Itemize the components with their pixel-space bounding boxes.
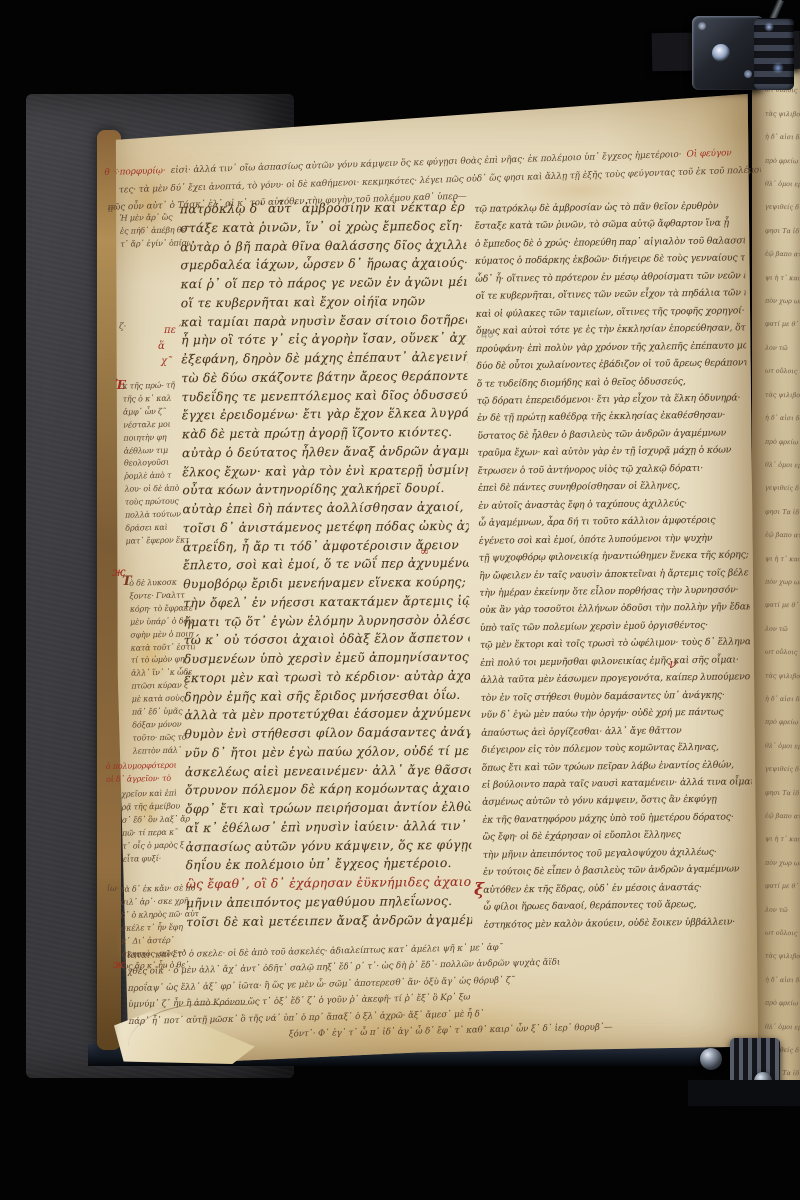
quire-mark-red-3: χ῀ bbox=[161, 356, 172, 367]
margin-note-line: σφὴν μὲν ὁ ποιητ bbox=[130, 628, 194, 642]
red-marginal-heading: ὁ πολυμορφότεροιοἱ δ᾽ ἀγρεῖον· τὸ bbox=[106, 759, 207, 787]
margin-catchword-note: Ἡ μὲν ἄρ᾽ ὣςἐς πήδ᾽ ἀπέβη θε῀τ᾽ ἄρ᾽ ἐγίν… bbox=[120, 211, 191, 251]
facing-page-text-fragment: γεψιθείς δ bbox=[752, 477, 800, 502]
facing-page-text-fragment: φησι Τα ἰδ bbox=[752, 500, 800, 525]
facing-page-text-fragment: ωτ οὔλοις bbox=[752, 921, 800, 946]
top-clamp bbox=[652, 10, 800, 96]
verse-line: ἔγχει ἐρειδομένω· ἔτι γὰρ ἔχον ἕλκεα λυγ… bbox=[182, 404, 468, 425]
paraphrase-line: νῦν δ᾽ ἐγὼ μὲν παύω τὴν ὀργήν· οὐδὲ χρή … bbox=[481, 703, 751, 724]
facing-page-text-fragment: τὰς ψιλιβο bbox=[752, 383, 800, 408]
facing-page-text-fragment: λον τῶ bbox=[752, 336, 800, 361]
verse-line: στάξε κατὰ ῥινῶν, ἵν᾽ οἱ χρὼς ἔμπεδος εἴ… bbox=[180, 217, 466, 238]
blue-reflection bbox=[764, 22, 774, 32]
blue-reflection bbox=[772, 62, 784, 74]
facing-page-text-fragment: ἑῷ βαπο ατ bbox=[752, 804, 800, 829]
margin-note-line: πτῶσι κύραν ξ bbox=[131, 680, 195, 694]
margin-note-line: κόρη· τὸ ἔφρακε bbox=[130, 602, 194, 616]
verse-line: ὄτρυνον πόλεμον δὲ κάρη κομόωντας ἀχαιού… bbox=[185, 779, 471, 800]
facing-page-text-fragment: λον τῶ bbox=[752, 898, 800, 923]
margin-note-line: εἶτα φυξί· bbox=[123, 852, 193, 866]
verse-line: καί ῥ᾽ οἵ περ τὸ πάρος γε νεῶν ἐν ἀγῶνι … bbox=[180, 273, 466, 294]
verse-line: δηρὸν ἐμῆς καὶ σῆς ἔριδος μνήσεσθαι ὀΐω. bbox=[184, 685, 470, 706]
margin-note-line: λεπτὸν πάλ᾽ bbox=[133, 744, 197, 758]
verse-column: πατρόκλῳ δ᾽ αὖτ᾽ ἀμβροσίην καὶ νέκταρ ἐρ… bbox=[180, 198, 472, 932]
red-heading-line: οἱ δ᾽ ἀγρεῖον· τὸ bbox=[106, 772, 206, 787]
verse-line: δηΐου ἐκ πολέμοιο ὑπ᾽ ἔγχεος ἡμετέροιο. bbox=[186, 854, 472, 875]
verse-line: θυμοβόρῳ ἔριδι μενεήναμεν εἵνεκα κούρης; bbox=[183, 573, 469, 594]
bottom-scholia-red-mark: ж bbox=[113, 958, 126, 971]
screw-head bbox=[698, 22, 706, 30]
margin-note-line: δ᾽ ὁ κληρὸς πῶ· αὐτ bbox=[121, 908, 199, 923]
facing-page-text-fragment: θλ᾽ ὁμοι ερ bbox=[752, 734, 800, 759]
margin-note-line: τ᾽ οἷς ὁ μαρὸς ξ bbox=[122, 839, 192, 853]
marginal-scholion-b: ὸ δὲ λυκοσκξοντε· Γναλττκόρη· τὸ ἔφρακεμ… bbox=[129, 576, 197, 758]
verse-line: ἕκτορι μὲν καὶ τρωσὶ τὸ κέρδιον· αὐτὰρ ἀ… bbox=[184, 666, 470, 687]
verse-line: τὴν ὄφελ᾽ ἐν νήεσσι κατακτάμεν ἄρτεμις ἰ… bbox=[183, 592, 469, 613]
verse-line: ἀλλὰ τὰ μὲν προτετύχθαι ἐάσομεν ἀχνύμενο… bbox=[184, 704, 470, 725]
verse-line: ἦ μὴν οἳ τότε γ᾽ εἰς ἀγορὴν ἴσαν, οὕνεκ᾽… bbox=[181, 329, 467, 350]
bottom-scholia-block: ἴσται· καὶ ἔτ᾽ ὁ σκελε· οἱ δὲ ἀπὸ τοῦ ἀσ… bbox=[127, 934, 761, 1046]
facing-page-text-fragment: φησι Τα ἰδ bbox=[752, 781, 800, 806]
screw-head bbox=[744, 70, 752, 78]
paraphrase-line: οὐκ ἂν γὰρ τοσοῦτοι ἑλλήνων ὀδοῦσι τὴν π… bbox=[479, 599, 749, 620]
verse-line: οἵ τε κυβερνῆται καὶ ἔχον οἰήϊα νηῶν bbox=[181, 292, 467, 313]
facing-page-text-fragment: θλ᾽ ὁμοι ερ bbox=[752, 453, 800, 478]
facing-page-text-fragment: ἡ δ᾽ αἰσι δαλ bbox=[752, 687, 800, 712]
marginal-scholion-c: χρεῖον καὶ ἐπὶρᾷ τῆς ἀμείβουσ᾽ ἔδ᾽ ὃν λα… bbox=[121, 787, 193, 866]
verse-line: τοῖσι δ᾽ ἀνιστάμενος μετέφη πόδας ὠκὺς ἀ… bbox=[183, 517, 469, 538]
facing-page-text-fragment: πρὸ φρείω bbox=[752, 430, 800, 455]
verse-line: τὼ δὲ δύω σκάζοντε βάτην ἄρεος θεράποντε… bbox=[181, 367, 467, 388]
margin-note-line: λου· οἱ δὲ ἀπὸ bbox=[124, 483, 188, 497]
paraphrase-column: τῷ πατρόκλῳ δὲ ἀμβροσίαν ὡς τὸ πᾶν θεῖον… bbox=[474, 197, 754, 934]
verse-line: ἕλκος ἔχων· καὶ γὰρ τὸν ἐνὶ κρατερῇ ὑσμί… bbox=[182, 460, 468, 481]
paraphrase-line: ἑστηκότος μὲν καλὸν ἀκούειν, οὐδὲ ἔοικεν… bbox=[484, 913, 754, 934]
paraphrase-line: τραῦμα ἔχων· καὶ αὐτὸν γὰρ ἐν τῇ ἰσχυρᾷ … bbox=[477, 442, 747, 463]
quire-mark-red-2: ἅ bbox=[158, 341, 165, 352]
verse-line: πατρόκλῳ δ᾽ αὖτ᾽ ἀμβροσίην καὶ νέκταρ ἐρ… bbox=[180, 198, 466, 219]
marginal-scholion-a: κ τῆς πρώ- τῆτῆς ὁ κ᾽ καλἀμφ᾽ ὧν ζ῀νέστα… bbox=[122, 379, 189, 548]
quire-mark-brown: ζ· bbox=[119, 322, 126, 332]
facing-page-text-fragment: ἑῷ βαπο ατ bbox=[752, 243, 800, 268]
margin-note-line: ματ᾽ ἔφερον ἕκτ bbox=[125, 534, 189, 548]
facing-page-text-fragment: ἑῷ βαπο ατ bbox=[752, 524, 800, 549]
facing-page-text-fragment: πρὸ φρείω bbox=[752, 711, 800, 736]
verse-line: αὐτὰρ ὁ βῆ παρὰ θῖνα θαλάσσης δῖος ἀχιλλ… bbox=[180, 235, 466, 256]
verse-line: καὶ ταμίαι παρὰ νηυσὶν ἔσαν σίτοιο δοτῆρ… bbox=[181, 310, 467, 331]
verse-line: σμερδαλέα ἰάχων, ὦρσεν δ᾽ ἥρωας ἀχαιούς· bbox=[180, 254, 466, 275]
margin-note-line: πολλὰ τούτων bbox=[125, 508, 189, 522]
facing-page-text-fragment: γεψιθείς δ bbox=[752, 758, 800, 783]
manuscript-photo: λον τῶωτ οὔλοιςτὰς ψιλιβοἡ δ᾽ αἰσι δαλπρ… bbox=[0, 0, 800, 1200]
facing-page-text-fragment: ωτ οὔλοις bbox=[752, 641, 800, 666]
verse-line: ἤματι τῷ ὅτ᾽ ἐγὼν ἑλόμην λυρνησσὸν ὀλέσσ… bbox=[183, 610, 469, 631]
paraphrase-line: ἐν τούτοις δὲ εἶπεν ὁ βασιλεὺς τῶν ἀνδρῶ… bbox=[483, 860, 753, 881]
clamp-base bbox=[688, 1080, 800, 1106]
verse-line: τυδεΐδης τε μενεπτόλεμος καὶ δῖος ὀδυσσε… bbox=[181, 385, 467, 406]
facing-page-text-fragment: ωτ οὔλοις bbox=[752, 360, 800, 385]
facing-page-text-fragment: πὸν χωρ ων bbox=[752, 851, 800, 876]
facing-page-text-fragment: ψι ἡ τ᾽ καιρ bbox=[752, 547, 800, 572]
facing-page-text-fragment: φατί με θ᾽ bbox=[752, 594, 800, 619]
paragraphos-swash-mark: ∞ bbox=[420, 545, 429, 558]
scholion-d-lead: ϊω· bbox=[107, 884, 119, 893]
verse-line: τοῖσι δὲ καὶ μετέειπεν ἄναξ ἀνδρῶν ἀγαμέ… bbox=[186, 910, 472, 931]
verse-line: ὄφρ᾽ ἔτι καὶ τρώων πειρήσομαι ἀντίον ἐλθ… bbox=[185, 798, 471, 819]
clamp-ratchet bbox=[754, 18, 794, 90]
facing-page-text-fragment: γεψιθείς δ bbox=[752, 196, 800, 221]
clamp-knob bbox=[700, 1048, 722, 1070]
margin-note-line: μὲν ὑπάρ᾽ ὁ δόμα bbox=[130, 615, 194, 629]
verse-line: ἀσπασίως αὐτῶν γόνυ κάμψειν, ὅς κε φύγῃσ… bbox=[185, 835, 471, 856]
verse-line: ἐξεφάνη, δηρὸν δὲ μάχης ἐπέπαυτ᾽ ἀλεγειν… bbox=[181, 348, 467, 369]
margin-note-line: σ᾽ ἔδ᾽ ὃν λαξ᾽ ἄρ᾽ bbox=[122, 813, 192, 827]
margin-note-line: κατὰ τοῦτ᾽ ἐστιν bbox=[130, 641, 194, 655]
facing-page-text-fragment: πὸν χωρ ων bbox=[752, 570, 800, 595]
paraphrase-line: δύο δὲ οὗτοι χωλαίνοντες ἐβάδιζον οἱ τοῦ… bbox=[476, 354, 746, 375]
facing-page-text-fragment: ψι ἡ τ᾽ καιρ bbox=[752, 828, 800, 853]
facing-page-text-fragment: φατί με θ᾽ bbox=[752, 875, 800, 900]
verse-line: οὖτα κόων ἀντηνορίδης χαλκήρεϊ δουρί. bbox=[182, 479, 468, 500]
red-koppa-mark: ξ bbox=[474, 880, 484, 900]
bottom-clamp bbox=[688, 1036, 800, 1108]
facing-page-text-fragment: ἡ δ᾽ αἰσι δαλ bbox=[752, 406, 800, 431]
facing-page-text-fragment: τὰς ψιλιβο bbox=[752, 102, 800, 127]
verse-line: αὐτὰρ ἐπεὶ δὴ πάντες ἀολλίσθησαν ἀχαιοί, bbox=[182, 498, 468, 519]
verse-line: ὣς ἔφαθ᾽, οἳ δ᾽ ἐχάρησαν ἐϋκνήμιδες ἀχαι… bbox=[186, 873, 472, 894]
facing-page-edge: λον τῶωτ οὔλοιςτὰς ψιλιβοἡ δ᾽ αἰσι δαλπρ… bbox=[752, 56, 800, 1094]
quire-mark-red-1: πε´ bbox=[164, 325, 181, 336]
facing-page-text-fragment: ψι ἡ τ᾽ καιρ bbox=[752, 266, 800, 291]
verse-line: κὰδ δὲ μετὰ πρώτῃ ἀγορῇ ἵζοντο κιόντες. bbox=[182, 423, 468, 444]
verse-line: δυσμενέων ὑπὸ χερσὶν ἐμεῦ ἀπομηνίσαντος. bbox=[184, 648, 470, 669]
facing-page-text-fragment: φατί με θ᾽ bbox=[752, 313, 800, 338]
margin-note-line: ξοντε· Γναλττ bbox=[129, 589, 193, 603]
metal-glint bbox=[712, 44, 730, 62]
facing-page-text-fragment: φησι Τα ἰδ bbox=[752, 219, 800, 244]
verse-line: τώ κ᾽ οὐ τόσσοι ἀχαιοὶ ὀδὰξ ἕλον ἄσπετον… bbox=[184, 629, 470, 650]
margin-note-line: ἐς πήδ᾽ ἀπέβη θε῀ bbox=[120, 224, 190, 238]
verse-line: αἴ κ᾽ ἐθέλωσ᾽ ἐπὶ νηυσὶν ἰαύειν· ἀλλά τι… bbox=[185, 816, 471, 837]
verse-line: θυμὸν ἐνὶ στήθεσσι φίλον δαμάσαντες ἀνάγ… bbox=[184, 723, 470, 744]
verse-line: μῆνιν ἀπειπόντος μεγαθύμου πηλεΐωνος. bbox=[186, 891, 472, 912]
verse-line: αὐτὰρ ὁ δεύτατος ἦλθεν ἄναξ ἀνδρῶν ἀγαμέ… bbox=[182, 442, 468, 463]
facing-page-text-fragment: πὸν χωρ ων bbox=[752, 289, 800, 314]
facing-page-text-fragment: λον τῶ bbox=[752, 617, 800, 642]
margin-note-line: τ᾽ ἄρ᾽ ἐγίν᾽ ὀπίσω bbox=[120, 237, 190, 251]
margin-pi-mark: π῀ bbox=[108, 205, 117, 214]
facing-page-text-fragment: τὰς ψιλιβο bbox=[752, 664, 800, 689]
verse-line: νῦν δ᾽ ἤτοι μὲν ἐγὼ παύω χόλον, οὐδέ τί … bbox=[185, 741, 471, 762]
red-squiggle-mark: ν bbox=[669, 657, 677, 672]
verse-line: ἀσκελέως αἰεὶ μενεαινέμεν· ἀλλ᾽ ἄγε θᾶσσ… bbox=[185, 760, 471, 781]
